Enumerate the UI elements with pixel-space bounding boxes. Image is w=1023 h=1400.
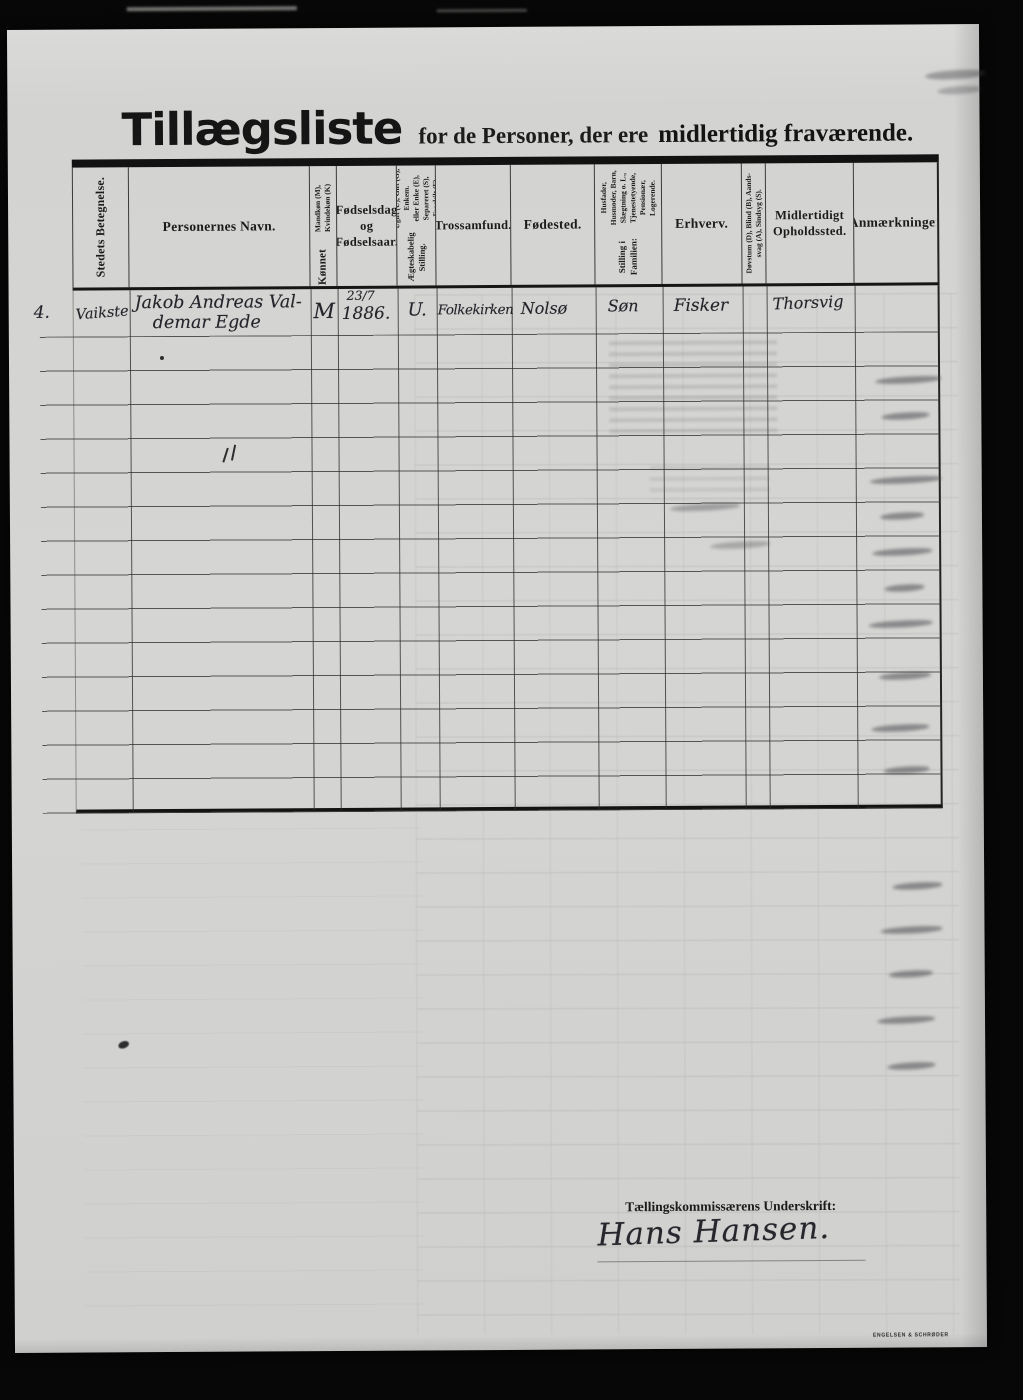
col-header-aegteskabelig-stilling: Ægteskabelig Stilling.Ugift (U), Gift (G… xyxy=(397,165,437,285)
col-header-personernes-navn: Personernes Navn. xyxy=(129,166,311,287)
entry-name-line2: demar Egde xyxy=(153,312,261,333)
page-title: Tillægsliste for de Personer, der ere mi… xyxy=(121,98,951,156)
document-page: Tillægsliste for de Personer, der ere mi… xyxy=(7,24,987,1353)
entry-sex: M xyxy=(311,299,338,323)
bleed-through-handwriting xyxy=(877,1015,935,1024)
bleed-through-handwriting xyxy=(892,881,942,890)
title-emphasis: midlertidig fraværende. xyxy=(658,119,913,148)
entry-religion: Folkekirken xyxy=(438,302,514,318)
col-header-erhverv: Erhverv. xyxy=(662,163,743,283)
table-header-row: Stedets Betegnelse. Personernes Navn. Kø… xyxy=(72,162,940,290)
col-header-koennet: KønnetMandkøn (M), Kvindekøn (K) xyxy=(310,166,338,286)
entry-row-number: 4. xyxy=(34,303,50,323)
bleed-through-handwriting xyxy=(889,970,933,979)
entry-marital-status: U. xyxy=(398,299,437,320)
entry-birthplace: Nolsø xyxy=(521,299,568,318)
ruled-row-lines xyxy=(40,331,942,813)
col-header-anmaerkninger: Anmærkninger xyxy=(854,162,937,282)
col-header-doevstum: Døvstum (D), Blind (B), Aands- svag (A),… xyxy=(742,163,767,283)
title-main: Tillægsliste xyxy=(121,102,402,157)
entry-place: Vaikste xyxy=(75,303,129,323)
table-body: 4. Vaikste Jakob Andreas Val- demar Egde… xyxy=(73,285,943,813)
col-header-stilling-i-familien: Stilling i Familien:Husfader, Husmoder, … xyxy=(595,164,663,284)
scan-streak xyxy=(127,6,297,11)
col-header-midlertidigt-opholdssted: Midlertidigt Opholdssted. xyxy=(766,163,855,284)
scan-edge-shadow xyxy=(953,24,987,1347)
commissioner-signature: Hans Hansen. xyxy=(597,1210,831,1253)
entry-name-line1: Jakob Andreas Val- xyxy=(135,292,302,313)
bleed-through-grid-faint xyxy=(82,827,425,1329)
entry-birth-year: 1886. xyxy=(342,304,391,324)
entry-temporary-residence: Thorsvig xyxy=(772,292,844,314)
col-header-trossamfund: Trossamfund. xyxy=(436,165,512,285)
scan-edge-shadow xyxy=(15,1333,987,1353)
col-header-foedselsdag: Fødselsdag og Fødselsaar. xyxy=(337,166,398,286)
census-table: Stedets Betegnelse. Personernes Navn. Kø… xyxy=(72,154,943,813)
scanned-census-page: { "title": { "main": "Tillægsliste", "le… xyxy=(0,0,1023,1400)
bleed-through-handwriting xyxy=(880,925,942,935)
scan-streak xyxy=(437,9,527,13)
col-header-foedested: Fødested. xyxy=(511,164,596,285)
bleed-through-handwriting xyxy=(887,1061,935,1070)
entry-occupation: Fisker xyxy=(674,296,729,316)
entry-birth-day: 23/7 xyxy=(347,288,375,303)
signature-line xyxy=(598,1260,866,1263)
entry-family-position: Søn xyxy=(608,296,639,315)
title-lead: for de Personer, der ere xyxy=(418,122,648,148)
ink-smudge xyxy=(117,1040,130,1050)
col-header-stedets-betegnelse: Stedets Betegnelse. xyxy=(73,167,130,287)
